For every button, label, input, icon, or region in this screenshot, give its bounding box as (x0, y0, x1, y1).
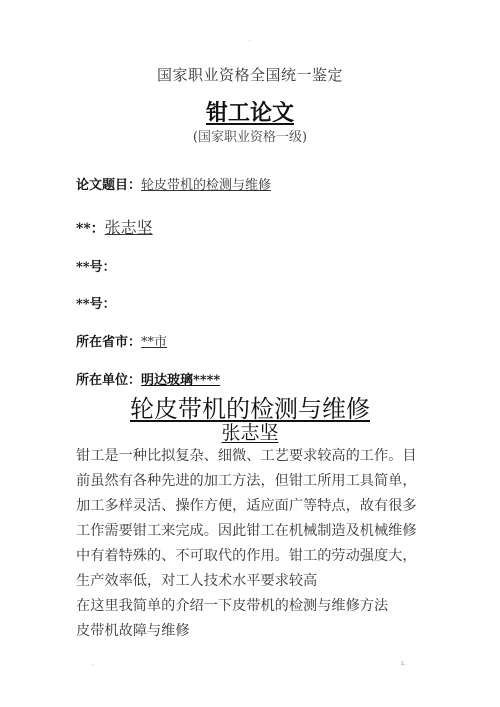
field-thesis-title: 论文题目：轮皮带机的检测与维修 (76, 174, 271, 193)
field-number-1: **号： (76, 256, 116, 275)
field-label: 所在省市： (76, 335, 141, 350)
article-author-text: 张志坚 (221, 422, 278, 444)
document-title-text: 钳工论文 (206, 100, 294, 126)
field-label: 论文题目： (76, 178, 141, 193)
top-mark: . (0, 36, 500, 43)
field-name: **：张志坚 (76, 215, 153, 238)
article-author: 张志坚 (0, 418, 500, 445)
field-value: 轮皮带机的检测与维修 (141, 178, 271, 193)
article-body: 钳工是一种比拟复杂、细微、工艺要求较高的工作。目前虽然有各种先进的加工方法，但钳… (76, 444, 426, 644)
field-organization: 所在单位：明达玻璃**** (76, 369, 220, 388)
footer-right-mark: z. (401, 660, 406, 667)
field-value: 明达玻璃**** (141, 373, 220, 388)
field-label: **号： (76, 297, 116, 312)
field-label: **号： (76, 260, 116, 275)
field-label: 所在单位： (76, 373, 141, 388)
field-province-city: 所在省市：**市 (76, 331, 167, 350)
field-value: **市 (141, 335, 167, 350)
paragraph: 在这里我简单的介绍一下皮带机的检测与维修方法 (76, 594, 426, 619)
document-subtitle: (国家职业资格一级) (0, 126, 500, 145)
field-number-2: **号： (76, 293, 116, 312)
paragraph: 皮带机故障与维修 (76, 619, 426, 644)
field-value: 张志坚 (105, 218, 153, 237)
document-title: 钳工论文 (0, 96, 500, 127)
footer-left-mark: . (92, 660, 94, 667)
field-label: **： (76, 221, 105, 237)
paragraph: 钳工是一种比拟复杂、细微、工艺要求较高的工作。目前虽然有各种先进的加工方法，但钳… (76, 444, 426, 594)
header-line: 国家职业资格全国统一鉴定 (0, 64, 500, 85)
